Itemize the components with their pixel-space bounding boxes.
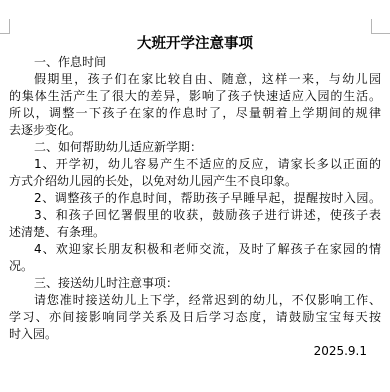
margin-mark-top-right-vertical (371, 19, 372, 34)
text-line: 2、调整孩子的作息时间，帮助孩子早睡早起，提醒按时入园。 (9, 190, 381, 207)
text-line: 所以，调整一下孩子在家的作息时了，尽量朝着上学期间的规律 (9, 105, 381, 122)
text-line: 况。 (9, 258, 381, 275)
text-line: 的集体生活产生了很大的差异，影响了孩子快速适应入园的生活。 (9, 88, 381, 105)
document-date: 2025.9.1 (9, 343, 381, 360)
document-page: 大班开学注意事项 一、作息时间 假期里，孩子们在家比较自由、随意，这样一来，与幼… (0, 0, 390, 392)
text-line: 三、接送幼儿时注意事项： (9, 275, 381, 292)
text-line: 二、如何帮助幼儿适应新学期： (9, 139, 381, 156)
text-line: 学习、亦间接影响同学关系及日后学习态度，请鼓励宝宝每天按 (9, 309, 381, 326)
document-title: 大班开学注意事项 (9, 34, 381, 54)
text-line: 4、欢迎家长朋友积极和老师交流，及时了解孩子在家园的情 (9, 241, 381, 258)
margin-mark-top-left-vertical (9, 19, 10, 34)
text-line: 3、和孩子回忆署假里的收获，鼓励孩子进行讲述，使孩子表 (9, 207, 381, 224)
text-line: 去逐步变化。 (9, 122, 381, 139)
text-line: 方式介绍幼儿园的长处，以免对幼儿园产生不良印象。 (9, 173, 381, 190)
text-line: 一、作息时间 (9, 54, 381, 71)
text-line: 请您准时接送幼儿上下学，经常迟到的幼儿，不仅影响工作、 (9, 292, 381, 309)
text-line: 时入园。 (9, 326, 381, 343)
document-body: 大班开学注意事项 一、作息时间 假期里，孩子们在家比较自由、随意，这样一来，与幼… (9, 34, 381, 360)
text-line: 假期里，孩子们在家比较自由、随意，这样一来，与幼儿园 (9, 71, 381, 88)
text-line: 1、开学初，幼儿容易产生不适应的反应，请家长多以正面的 (9, 156, 381, 173)
text-line: 述清楚、有条理。 (9, 224, 381, 241)
